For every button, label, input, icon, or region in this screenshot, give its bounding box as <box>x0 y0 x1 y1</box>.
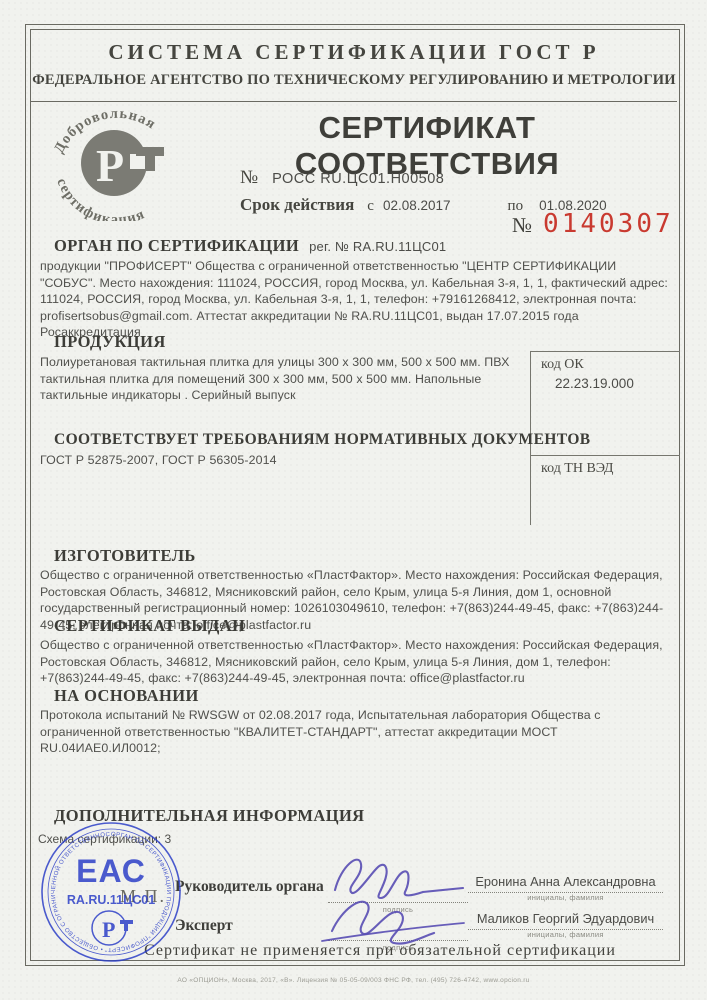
logo-t-stem <box>145 147 155 171</box>
code-tn-label: код ТН ВЭД <box>541 461 676 477</box>
org-heading-text: ОРГАН ПО СЕРТИФИКАЦИИ <box>54 236 299 255</box>
system-line: СИСТЕМА СЕРТИФИКАЦИИ ГОСТ Р <box>31 40 677 65</box>
code-ok-value: 22.23.19.000 <box>555 376 676 391</box>
stamp-reg-number: RA.RU.11ЦС01 <box>67 893 155 907</box>
expert-name: Маликов Георгий Эдуардович <box>468 911 663 930</box>
basis-text: Протокола испытаний № RWSGW от 02.08.201… <box>40 707 674 757</box>
product-text: Полиуретановая тактильная плитка для ули… <box>40 354 522 404</box>
head-name-block: Еронина Анна Александровна инициалы, фам… <box>468 874 663 902</box>
blank-number: 0140307 <box>543 209 674 239</box>
number-sign: № <box>240 167 258 189</box>
rst-voluntary-logo: Добровольная Р сертификация <box>42 105 192 221</box>
issued-text: Общество с ограниченной ответственностью… <box>40 637 674 687</box>
logo-letter-p: Р <box>96 140 124 191</box>
registry-number: РОСС RU.ЦС01.Н00508 <box>272 171 444 187</box>
print-house-line: АО «ОПЦИОН», Москва, 2017, «В». Лицензия… <box>0 977 707 984</box>
svg-text:Р: Р <box>102 917 115 942</box>
expert-signature <box>318 891 470 952</box>
validity-from-label: с <box>367 198 374 215</box>
head-name-caption: инициалы, фамилия <box>468 893 663 902</box>
org-text: продукции "ПРОФИСЕРТ" Общества с огранич… <box>40 258 672 341</box>
expert-name-caption: инициалы, фамилия <box>468 930 663 939</box>
validity-from-date: 02.08.2017 <box>383 198 451 213</box>
rst-logo-icon: Добровольная Р сертификация <box>42 105 192 221</box>
code-ok-label: код ОК <box>541 357 676 373</box>
conformity-text: ГОСТ Р 52875-2007, ГОСТ Р 56305-2014 <box>40 452 522 469</box>
certification-stamp: ОРГАН ПО СЕРТИФИКАЦИИ ПРОДУКЦИИ "ПРОФИСЕ… <box>27 818 195 970</box>
blank-number-row: № 0140307 <box>512 209 674 239</box>
issued-heading: СЕРТИФИКАТ ВЫДАН <box>54 616 245 636</box>
certificate-page: СИСТЕМА СЕРТИФИКАЦИИ ГОСТ Р ФЕДЕРАЛЬНОЕ … <box>0 0 707 1000</box>
expert-name-block: Маликов Георгий Эдуардович инициалы, фам… <box>468 911 663 939</box>
stamp-icon: ОРГАН ПО СЕРТИФИКАЦИИ ПРОДУКЦИИ "ПРОФИСЕ… <box>27 818 195 970</box>
code-tn-box: код ТН ВЭД <box>531 455 680 477</box>
registry-number-row: № РОСС RU.ЦС01.Н00508 <box>240 167 444 189</box>
basis-heading: НА ОСНОВАНИИ <box>54 686 199 706</box>
stamp-eac-mark: ЕАС <box>76 853 146 889</box>
product-heading: ПРОДУКЦИЯ <box>54 332 166 352</box>
head-of-body-label: Руководитель органа <box>175 878 324 896</box>
conformity-heading: СООТВЕТСТВУЕТ ТРЕБОВАНИЯМ НОРМАТИВНЫХ ДО… <box>54 431 591 449</box>
org-heading: ОРГАН ПО СЕРТИФИКАЦИИрег. № RA.RU.11ЦС01 <box>54 236 446 256</box>
head-name: Еронина Анна Александровна <box>468 874 663 893</box>
validity-label: Срок действия <box>240 195 354 215</box>
manufacturer-heading: ИЗГОТОВИТЕЛЬ <box>54 546 196 566</box>
stamp-rst-mark: Р <box>92 911 133 945</box>
org-reg-number: рег. № RA.RU.11ЦС01 <box>309 239 446 254</box>
blank-number-sign: № <box>512 213 532 238</box>
header-band: СИСТЕМА СЕРТИФИКАЦИИ ГОСТ Р ФЕДЕРАЛЬНОЕ … <box>31 30 677 102</box>
agency-line: ФЕДЕРАЛЬНОЕ АГЕНТСТВО ПО ТЕХНИЧЕСКОМУ РЕ… <box>31 72 677 89</box>
expert-signature-icon <box>318 891 470 947</box>
